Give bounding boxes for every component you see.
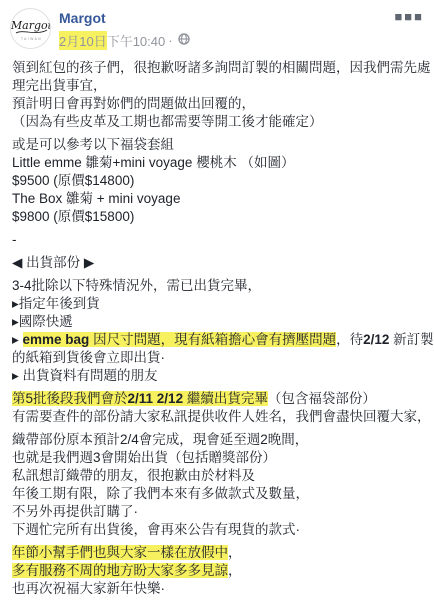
- post-text-line: 下週忙完所有出貨後，會再來公告有現貨的款式·: [12, 521, 422, 539]
- highlighted-text: 2/11 2/12: [128, 391, 184, 406]
- text-segment: Little emme 雛菊+mini voyage 櫻桃木 （如圖）: [12, 155, 294, 170]
- post-text-line: ▸ emme bag 因尺寸問題，現有紙箱擔心會有擠壓問題，待2/12 新訂製: [12, 331, 422, 349]
- highlighted-text: 年節小幫手們也與大家一樣在放假中: [12, 545, 228, 560]
- highlighted-text: emme bag: [23, 332, 90, 347]
- post-text-line: （因為有些皮革及工期也都需要等開工後才能確定）: [12, 113, 422, 131]
- post-text-line: 多有服務不周的地方盼大家多多見諒，: [12, 562, 422, 580]
- post-time: 下午10:40: [107, 31, 166, 50]
- text-segment: 理完出貨事宜，: [12, 78, 107, 93]
- dot-separator: ·: [168, 33, 172, 48]
- page-avatar[interactable]: Margot TAIWAN: [10, 8, 51, 49]
- page-name-link[interactable]: Margot: [59, 10, 106, 26]
- timestamp[interactable]: 2月10日下午10:40 ·: [59, 31, 190, 50]
- text-segment: ▸國際快遞: [12, 314, 73, 329]
- post-text-line: 3-4批除以下特殊情況外，需已出貨完畢，: [12, 277, 422, 295]
- post-paragraph: 領到紅包的孩子們，很抱歉呀諸多詢問訂製的相關問題，因我們需先處理完出貨事宜，預計…: [12, 59, 422, 131]
- text-segment: $9500 (原價$14800): [12, 173, 134, 188]
- post-header: Margot TAIWAN Margot 2月10日下午10:40 · ■■■: [0, 0, 434, 52]
- post-text-line: ▸ 出貨資料有問題的朋友: [12, 367, 422, 385]
- post-text-line: ▸國際快遞: [12, 313, 422, 331]
- post-text-line: ▸指定年後到貨: [12, 295, 422, 313]
- text-segment: 不另外再提供訂購了·: [12, 504, 138, 519]
- text-segment: 也再次祝福大家新年快樂·: [12, 581, 165, 596]
- post-text-line: 不另外再提供訂購了·: [12, 503, 422, 521]
- text-segment: ，待: [336, 332, 363, 347]
- post-text-line: 私訊想訂織帶的朋友，很抱歉由於材料及: [12, 467, 422, 485]
- header-meta: Margot 2月10日下午10:40 ·: [59, 8, 190, 50]
- post-text-line: Little emme 雛菊+mini voyage 櫻桃木 （如圖）: [12, 154, 422, 172]
- post-paragraph: 年節小幫手們也與大家一樣在放假中，多有服務不周的地方盼大家多多見諒，也再次祝福大…: [12, 544, 422, 598]
- text-segment: 新訂製: [389, 332, 433, 347]
- text-segment: 下週忙完所有出貨後，會再來公告有現貨的款式·: [12, 522, 300, 537]
- post-text-line: 織帶部份原本預計2/4會完成，現會延至週2晚間，: [12, 431, 422, 449]
- text-segment: 私訊想訂織帶的朋友，很抱歉由於材料及: [12, 468, 255, 483]
- post-date-highlighted: 2月10日: [59, 31, 107, 50]
- post-text-line: $9500 (原價$14800): [12, 172, 422, 190]
- text-segment: 織帶部份原本預計2/4會完成，現會延至週2晚間，: [12, 432, 308, 447]
- text-segment: ◀ 出貨部份 ▶: [12, 255, 94, 270]
- post-text-line: $9800 (原價$15800): [12, 208, 422, 226]
- highlighted-text: 多有服務不周的地方盼大家多多見諒: [12, 563, 228, 578]
- post-paragraph: 織帶部份原本預計2/4會完成，現會延至週2晚間，也就是我們週3會開始出貨（包括贈…: [12, 431, 422, 539]
- post-text-line: -: [12, 231, 422, 249]
- post-text-line: 的紙箱到貨後會立即出貨·: [12, 349, 422, 367]
- post-paragraph: 3-4批除以下特殊情況外，需已出貨完畢，▸指定年後到貨▸國際快遞▸ emme b…: [12, 277, 422, 385]
- post-text-line: 預計明日會再對妳們的問題做出回覆的，: [12, 95, 422, 113]
- text-segment: 有需要查件的部份請大家私訊提供收件人姓名，我們會盡快回覆大家，: [12, 409, 431, 424]
- post-card: Margot TAIWAN Margot 2月10日下午10:40 · ■■■: [0, 0, 434, 600]
- text-segment: 年後工期有限，除了我們本來有多做款式及數量，: [12, 486, 309, 501]
- text-segment: 或是可以參考以下福袋套組: [12, 137, 174, 152]
- text-segment: ，: [228, 563, 242, 578]
- text-segment: ▸ 出貨資料有問題的朋友: [12, 368, 158, 383]
- avatar-signature-logo: Margot TAIWAN: [11, 9, 51, 49]
- text-segment: ▸指定年後到貨: [12, 296, 100, 311]
- text-segment: ，: [228, 545, 242, 560]
- svg-text:TAIWAN: TAIWAN: [21, 37, 42, 41]
- post-text-line: 也再次祝福大家新年快樂·: [12, 580, 422, 598]
- post-text-line: 理完出貨事宜，: [12, 77, 422, 95]
- post-paragraph: -: [12, 231, 422, 249]
- post-text-line: 年節小幫手們也與大家一樣在放假中，: [12, 544, 422, 562]
- text-segment: （包含福袋部份）: [268, 391, 376, 406]
- text-segment: The Box 雛菊 + mini voyage: [12, 191, 180, 206]
- text-segment: 領到紅包的孩子們，很抱歉呀諸多詢問訂製的相關問題，因我們需先處: [12, 60, 431, 75]
- globe-privacy-icon: [178, 33, 190, 48]
- text-segment: 3-4批除以下特殊情況外，需已出貨完畢，: [12, 278, 261, 293]
- highlighted-text: 第5批後段我們會於: [12, 391, 128, 406]
- text-segment: 2/12: [363, 332, 389, 347]
- post-text-line: 年後工期有限，除了我們本來有多做款式及數量，: [12, 485, 422, 503]
- highlighted-text: 因尺寸問題，現有紙箱擔心會有擠壓問題: [89, 332, 336, 347]
- post-text-line: 領到紅包的孩子們，很抱歉呀諸多詢問訂製的相關問題，因我們需先處: [12, 59, 422, 77]
- post-text-line: 或是可以參考以下福袋套組: [12, 136, 422, 154]
- post-paragraph: 第5批後段我們會於2/11 2/12 繼續出貨完畢（包含福袋部份）有需要查件的部…: [12, 390, 422, 426]
- svg-text:Margot: Margot: [11, 19, 51, 32]
- text-segment: 預計明日會再對妳們的問題做出回覆的，: [12, 96, 255, 111]
- post-text-line: ◀ 出貨部份 ▶: [12, 254, 422, 272]
- text-segment: 也就是我們週3會開始出貨（包括贈獎部份）: [12, 450, 276, 465]
- more-options-icon[interactable]: ■■■: [394, 12, 424, 22]
- post-text-line: The Box 雛菊 + mini voyage: [12, 190, 422, 208]
- post-text-line: 有需要查件的部份請大家私訊提供收件人姓名，我們會盡快回覆大家，: [12, 408, 422, 426]
- highlighted-text: 繼續出貨完畢: [183, 391, 268, 406]
- post-text-line: 第5批後段我們會於2/11 2/12 繼續出貨完畢（包含福袋部份）: [12, 390, 422, 408]
- post-paragraph: ◀ 出貨部份 ▶: [12, 254, 422, 272]
- text-segment: $9800 (原價$15800): [12, 209, 134, 224]
- text-segment: ▸: [12, 332, 23, 347]
- post-text-line: 也就是我們週3會開始出貨（包括贈獎部份）: [12, 449, 422, 467]
- text-segment: （因為有些皮革及工期也都需要等開工後才能確定）: [12, 114, 323, 129]
- text-segment: -: [12, 232, 17, 247]
- post-paragraph: 或是可以參考以下福袋套組Little emme 雛菊+mini voyage 櫻…: [12, 136, 422, 226]
- post-body-text: 領到紅包的孩子們，很抱歉呀諸多詢問訂製的相關問題，因我們需先處理完出貨事宜，預計…: [0, 52, 434, 598]
- text-segment: 的紙箱到貨後會立即出貨·: [12, 350, 165, 365]
